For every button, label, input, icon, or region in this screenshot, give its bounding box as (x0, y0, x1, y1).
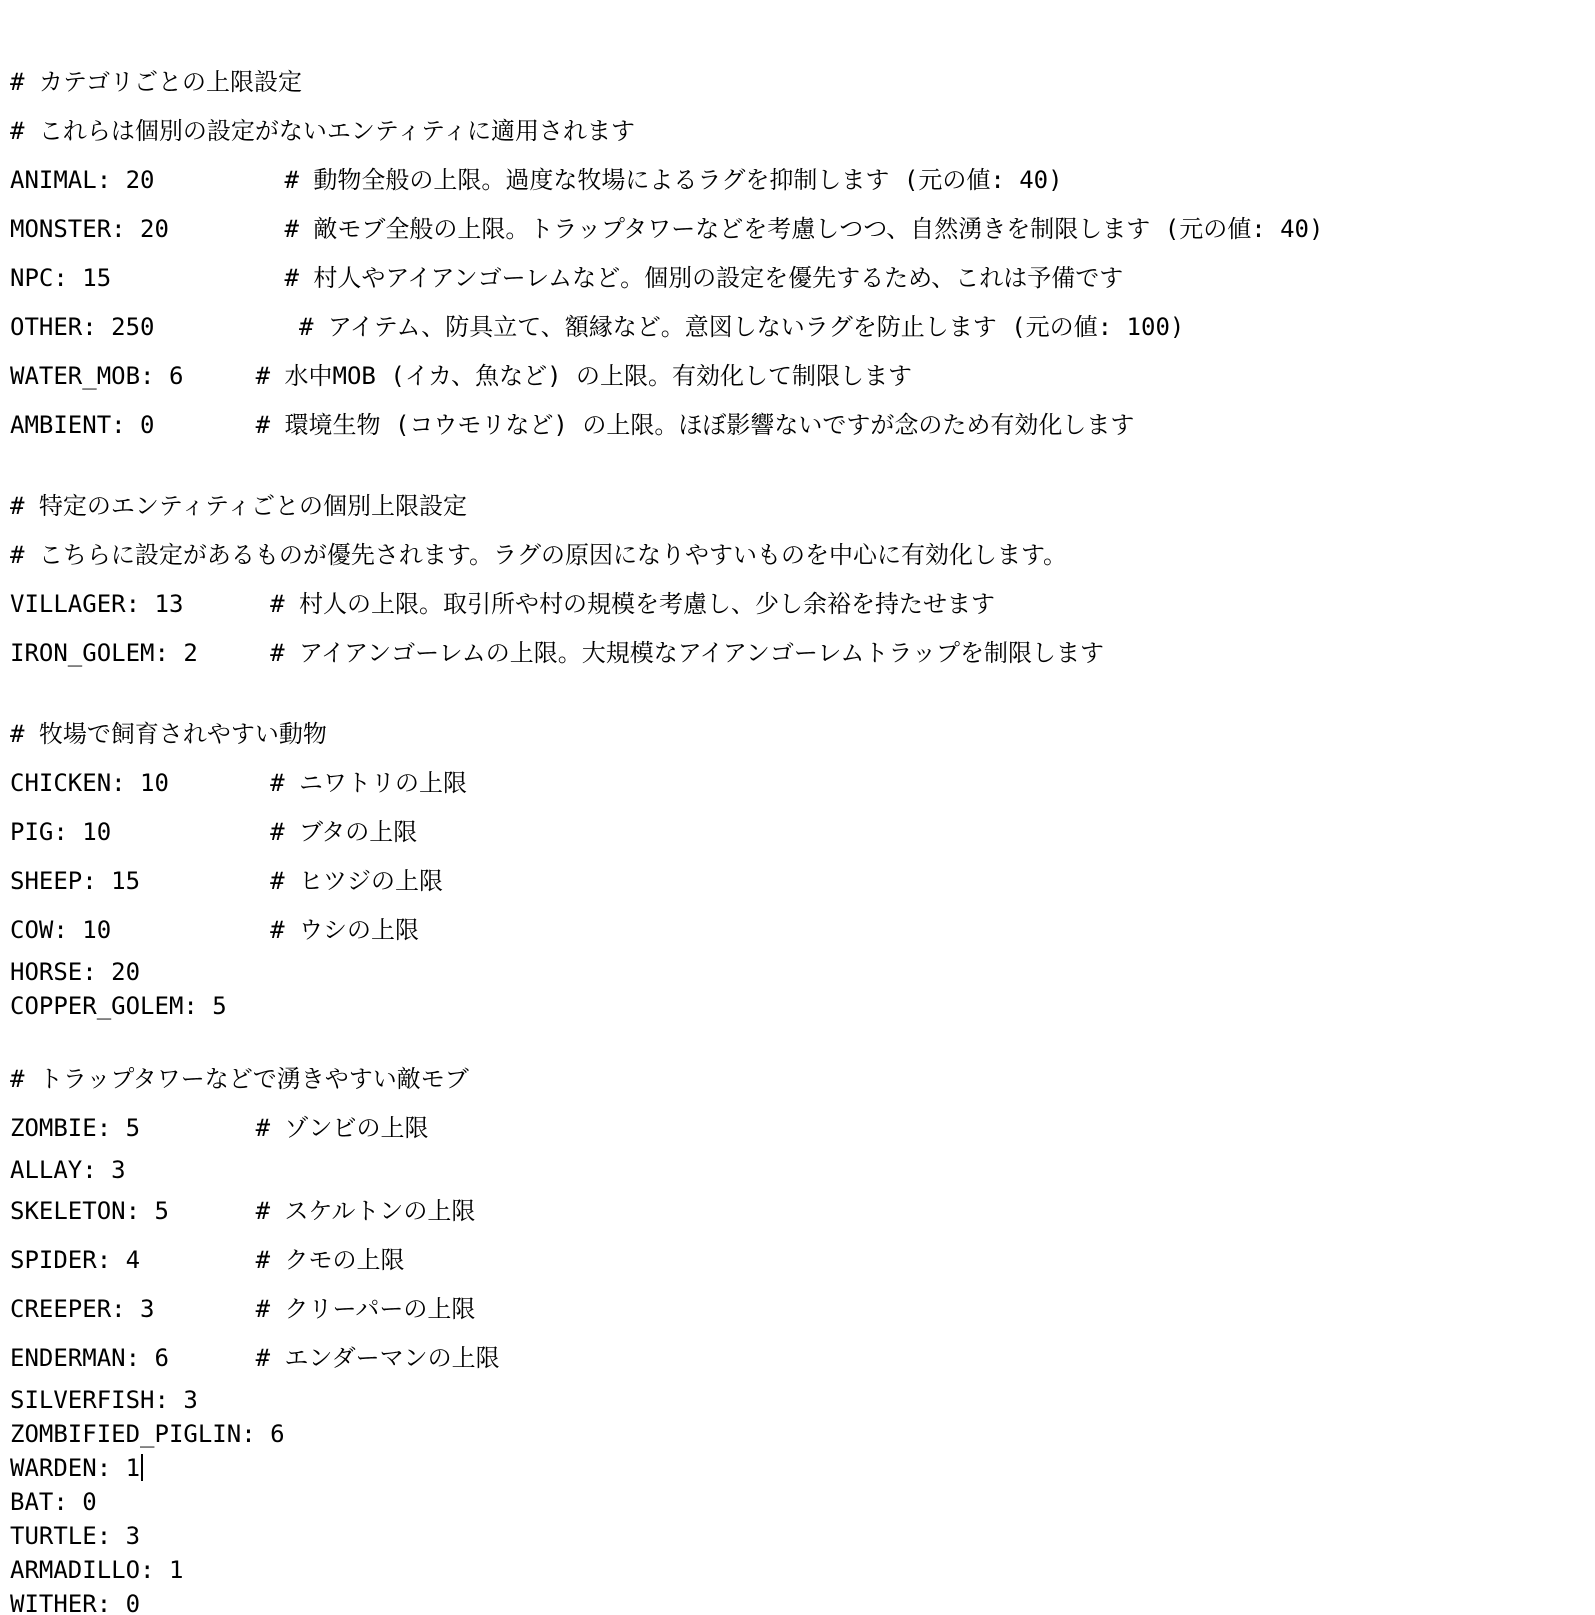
code-line[interactable]: # トラップタワーなどで湧きやすい敵モブ (10, 1055, 1595, 1104)
code-line-text: SPIDER: 4 # クモの上限 (10, 1246, 405, 1274)
code-line-text: NPC: 15 # 村人やアイアンゴーレムなど。個別の設定を優先するため、これは… (10, 264, 1123, 292)
code-line-text: CREEPER: 3 # クリーパーの上限 (10, 1295, 475, 1323)
code-line[interactable]: WATER_MOB: 6 # 水中MOB (イカ、魚など) の上限。有効化して制… (10, 352, 1595, 401)
code-lines: # カテゴリごとの上限設定# これらは個別の設定がないエンティティに適用されます… (10, 58, 1595, 1615)
code-line-text: WITHER: 0 (10, 1590, 140, 1615)
code-line-text: SHEEP: 15 # ヒツジの上限 (10, 867, 443, 895)
code-line-text: HORSE: 20 (10, 958, 140, 986)
code-line-text: SILVERFISH: 3 (10, 1386, 198, 1414)
code-line-text: CHICKEN: 10 # ニワトリの上限 (10, 769, 467, 797)
code-line[interactable]: AMBIENT: 0 # 環境生物 (コウモリなど) の上限。ほぼ影響ないですが… (10, 401, 1595, 450)
code-line-text: IRON_GOLEM: 2 # アイアンゴーレムの上限。大規模なアイアンゴーレム… (10, 639, 1104, 667)
code-line-text: ANIMAL: 20 # 動物全般の上限。過度な牧場によるラグを抑制します (元… (10, 166, 1063, 194)
code-line[interactable]: WITHER: 0 (10, 1587, 1595, 1615)
code-line-text: SKELETON: 5 # スケルトンの上限 (10, 1197, 475, 1225)
code-line[interactable]: # 特定のエンティティごとの個別上限設定 (10, 482, 1595, 531)
code-line[interactable]: TURTLE: 3 (10, 1519, 1595, 1553)
code-line[interactable] (10, 450, 1595, 482)
code-line-text: # こちらに設定があるものが優先されます。ラグの原因になりやすいものを中心に有効… (10, 541, 1067, 569)
code-line-text: # カテゴリごとの上限設定 (10, 68, 302, 96)
code-line[interactable]: # カテゴリごとの上限設定 (10, 58, 1595, 107)
text-editor[interactable]: # カテゴリごとの上限設定# これらは個別の設定がないエンティティに適用されます… (0, 0, 1595, 1615)
code-line[interactable]: BAT: 0 (10, 1485, 1595, 1519)
code-line[interactable]: SHEEP: 15 # ヒツジの上限 (10, 857, 1595, 906)
code-line-text: COW: 10 # ウシの上限 (10, 916, 419, 944)
code-line-text: ZOMBIFIED_PIGLIN: 6 (10, 1420, 285, 1448)
code-line[interactable]: ALLAY: 3 (10, 1153, 1595, 1187)
code-line[interactable]: NPC: 15 # 村人やアイアンゴーレムなど。個別の設定を優先するため、これは… (10, 254, 1595, 303)
code-line[interactable]: ARMADILLO: 1 (10, 1553, 1595, 1587)
code-line[interactable]: VILLAGER: 13 # 村人の上限。取引所や村の規模を考慮し、少し余裕を持… (10, 580, 1595, 629)
code-line-text: ENDERMAN: 6 # エンダーマンの上限 (10, 1344, 500, 1372)
code-line[interactable]: ENDERMAN: 6 # エンダーマンの上限 (10, 1334, 1595, 1383)
code-line[interactable]: MONSTER: 20 # 敵モブ全般の上限。トラップタワーなどを考慮しつつ、自… (10, 205, 1595, 254)
code-line[interactable]: HORSE: 20 (10, 955, 1595, 989)
code-line-text: ZOMBIE: 5 # ゾンビの上限 (10, 1114, 429, 1142)
code-line[interactable]: ANIMAL: 20 # 動物全般の上限。過度な牧場によるラグを抑制します (元… (10, 156, 1595, 205)
code-line[interactable]: ZOMBIE: 5 # ゾンビの上限 (10, 1104, 1595, 1153)
code-line[interactable]: # こちらに設定があるものが優先されます。ラグの原因になりやすいものを中心に有効… (10, 531, 1595, 580)
code-line[interactable]: SKELETON: 5 # スケルトンの上限 (10, 1187, 1595, 1236)
code-line[interactable]: IRON_GOLEM: 2 # アイアンゴーレムの上限。大規模なアイアンゴーレム… (10, 629, 1595, 678)
code-line[interactable]: ZOMBIFIED_PIGLIN: 6 (10, 1417, 1595, 1451)
code-line[interactable]: COPPER_GOLEM: 5 (10, 989, 1595, 1023)
code-line[interactable]: # 牧場で飼育されやすい動物 (10, 710, 1595, 759)
code-line[interactable]: # これらは個別の設定がないエンティティに適用されます (10, 107, 1595, 156)
code-line-text: # 牧場で飼育されやすい動物 (10, 720, 327, 748)
text-caret (141, 1454, 143, 1481)
code-line-text: # 特定のエンティティごとの個別上限設定 (10, 492, 467, 520)
code-line-text: # トラップタワーなどで湧きやすい敵モブ (10, 1065, 469, 1093)
code-line[interactable]: COW: 10 # ウシの上限 (10, 906, 1595, 955)
code-line-text: BAT: 0 (10, 1488, 97, 1516)
code-line[interactable]: CHICKEN: 10 # ニワトリの上限 (10, 759, 1595, 808)
code-line-text: COPPER_GOLEM: 5 (10, 992, 227, 1020)
code-line[interactable]: WARDEN: 1 (10, 1451, 1595, 1485)
code-line-text: OTHER: 250 # アイテム、防具立て、額縁など。意図しないラグを防止しま… (10, 313, 1184, 341)
code-line-text: TURTLE: 3 (10, 1522, 140, 1550)
code-line[interactable]: SILVERFISH: 3 (10, 1383, 1595, 1417)
code-line[interactable]: CREEPER: 3 # クリーパーの上限 (10, 1285, 1595, 1334)
code-line-text: WATER_MOB: 6 # 水中MOB (イカ、魚など) の上限。有効化して制… (10, 362, 912, 390)
code-line[interactable] (10, 1023, 1595, 1055)
code-line-text: VILLAGER: 13 # 村人の上限。取引所や村の規模を考慮し、少し余裕を持… (10, 590, 995, 618)
code-line-text: ARMADILLO: 1 (10, 1556, 183, 1584)
code-line[interactable]: OTHER: 250 # アイテム、防具立て、額縁など。意図しないラグを防止しま… (10, 303, 1595, 352)
code-line-text: WARDEN: 1 (10, 1454, 140, 1482)
code-line-text: PIG: 10 # ブタの上限 (10, 818, 417, 846)
code-line[interactable]: SPIDER: 4 # クモの上限 (10, 1236, 1595, 1285)
code-line[interactable]: PIG: 10 # ブタの上限 (10, 808, 1595, 857)
code-line-text: AMBIENT: 0 # 環境生物 (コウモリなど) の上限。ほぼ影響ないですが… (10, 411, 1134, 439)
code-line-text: MONSTER: 20 # 敵モブ全般の上限。トラップタワーなどを考慮しつつ、自… (10, 215, 1323, 243)
code-line-text: ALLAY: 3 (10, 1156, 126, 1184)
code-line[interactable] (10, 678, 1595, 710)
code-line-text: # これらは個別の設定がないエンティティに適用されます (10, 117, 635, 145)
